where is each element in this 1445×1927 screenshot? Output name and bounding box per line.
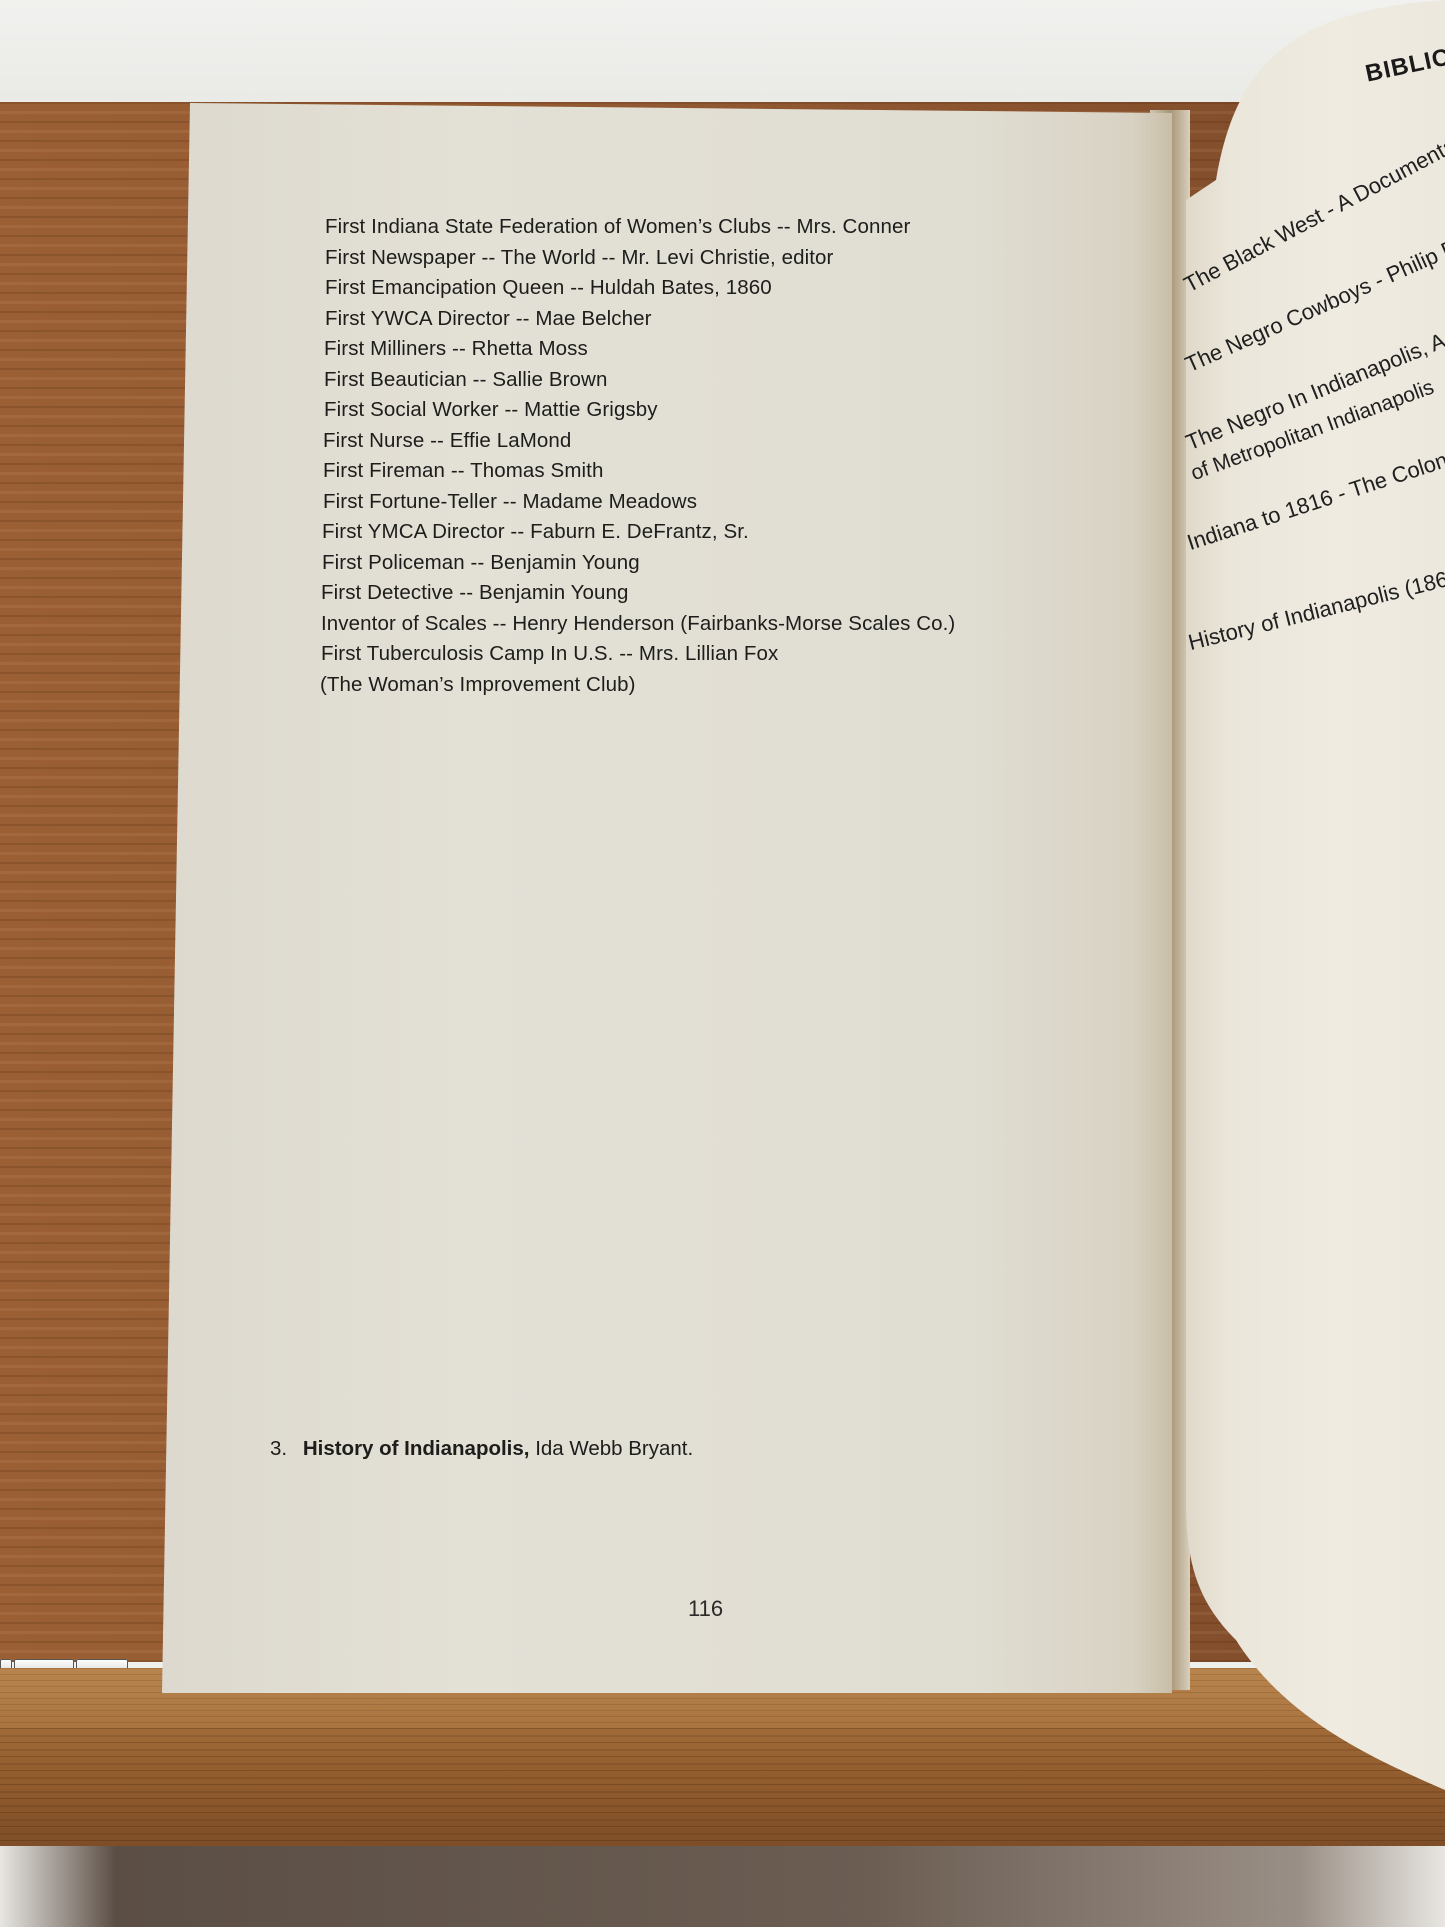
footnote: 3. History of Indianapolis, Ida Webb Bry…	[270, 1437, 693, 1461]
list-item: First Emancipation Queen -- Huldah Bates…	[325, 273, 955, 304]
list-item: First Fortune-Teller -- Madame Meadows	[323, 487, 955, 518]
footnote-number: 3.	[270, 1437, 287, 1460]
list-item: First Indiana State Federation of Women’…	[325, 212, 955, 243]
list-item: First Detective -- Benjamin Young	[321, 578, 955, 609]
list-item: Inventor of Scales -- Henry Henderson (F…	[321, 609, 955, 640]
list-item: First Fireman -- Thomas Smith	[323, 456, 955, 487]
list-item: (The Woman’s Improvement Club)	[320, 670, 955, 701]
page-number: 116	[688, 1596, 723, 1622]
list-item: First Newspaper -- The World -- Mr. Levi…	[325, 243, 955, 274]
footnote-title: History of Indianapolis,	[303, 1437, 530, 1460]
list-item: First Milliners -- Rhetta Moss	[324, 334, 955, 365]
footnote-author: Ida Webb Bryant.	[535, 1437, 693, 1460]
list-item: First YWCA Director -- Mae Belcher	[325, 304, 955, 335]
list-item: First Nurse -- Effie LaMond	[323, 426, 955, 457]
floor-shadow	[0, 1846, 1445, 1927]
list-item: First Beautician -- Sallie Brown	[324, 365, 955, 396]
background-wall	[0, 0, 1445, 110]
firsts-list: First Indiana State Federation of Women’…	[325, 212, 955, 700]
list-item: First Tuberculosis Camp In U.S. -- Mrs. …	[321, 639, 955, 670]
list-item: First Social Worker -- Mattie Grigsby	[324, 395, 955, 426]
list-item: First YMCA Director -- Faburn E. DeFrant…	[322, 517, 955, 548]
wooden-shelf-front	[0, 1728, 1445, 1846]
list-item: First Policeman -- Benjamin Young	[322, 548, 955, 579]
